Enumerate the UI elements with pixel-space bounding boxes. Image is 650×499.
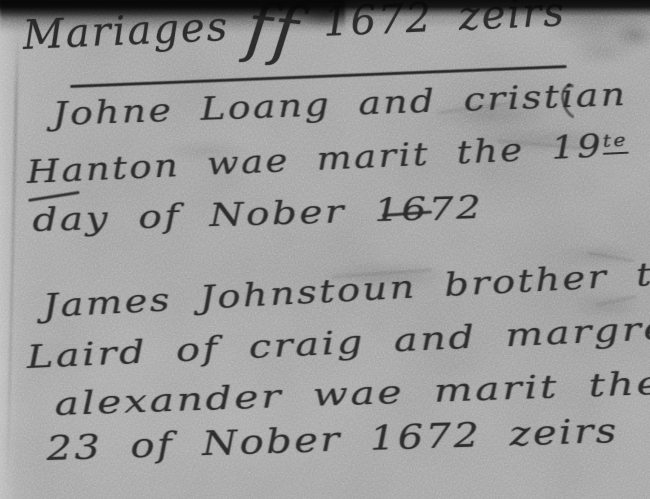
entry1-line3: day of Nober 1672 <box>32 191 484 236</box>
ink-blot <box>612 20 650 50</box>
entry2-line4: 23 of Nober 1672 zeirs <box>46 414 619 466</box>
entry1-line2: Hanton wae marit the 19te <box>26 129 629 188</box>
entry1-date-superscript: te <box>602 131 628 155</box>
entry1-line2-text: Hanton wae marit the 19 <box>26 127 604 191</box>
register-page-scan: Mariages ff 1672 zeirs Johne Loang and c… <box>0 0 650 499</box>
ink-blot <box>290 2 360 28</box>
